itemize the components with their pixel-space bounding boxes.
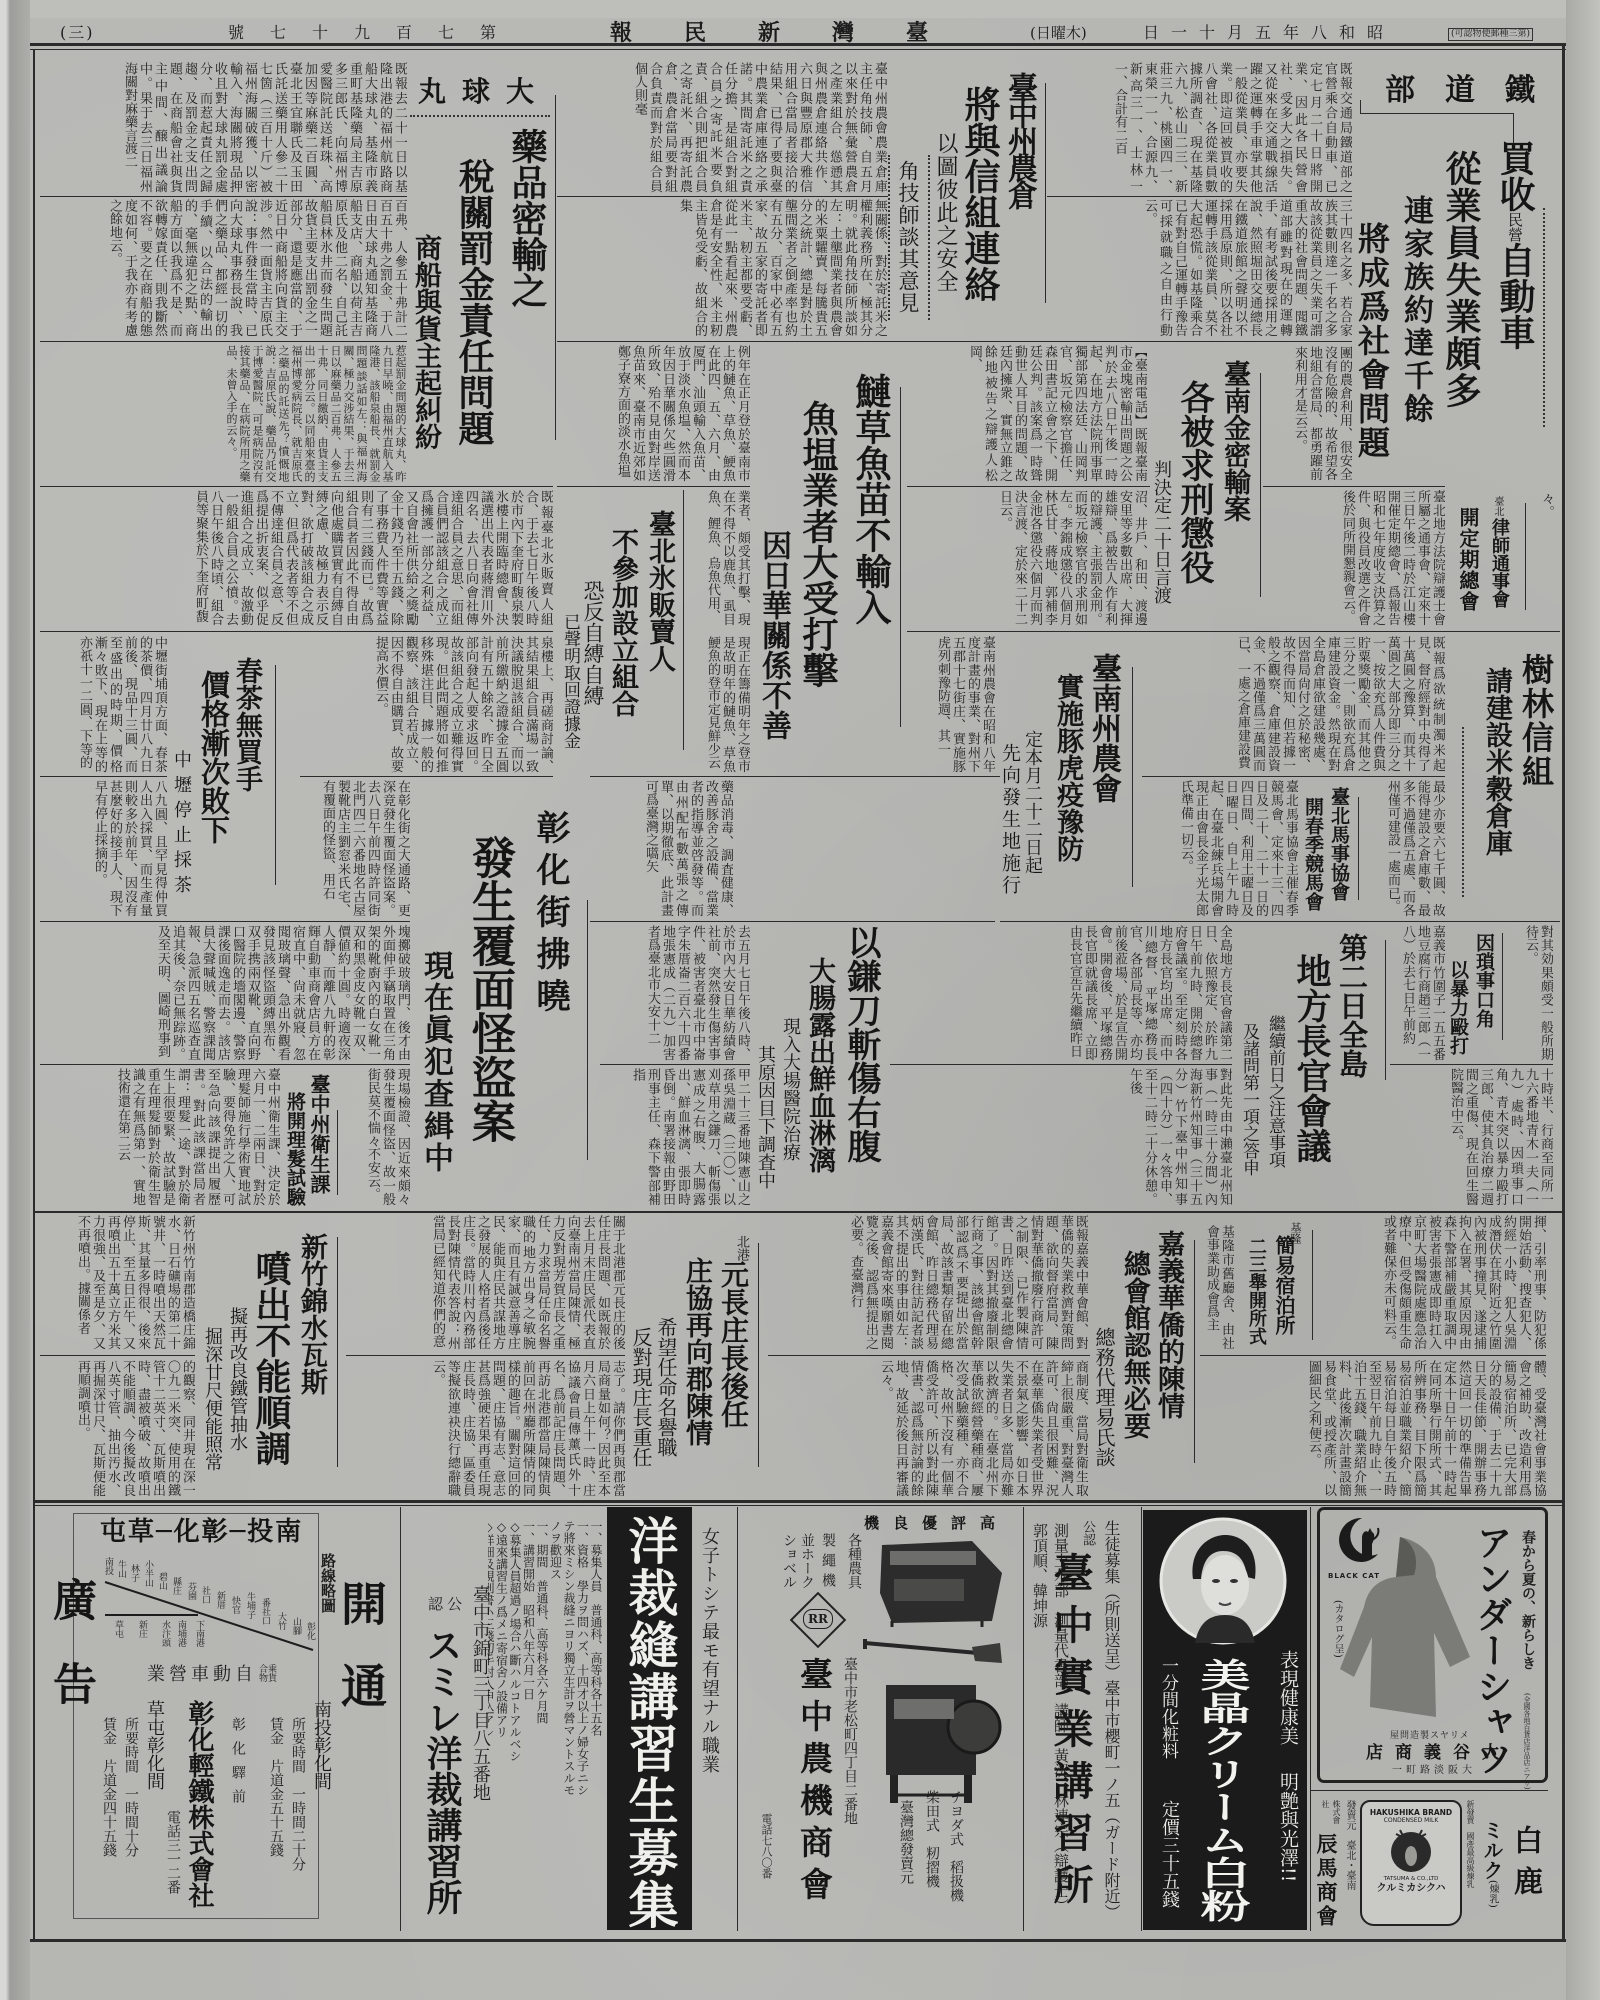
can-label: HAKUSHIKA BRAND — [1362, 1808, 1460, 1817]
station-label: 水汴頭 — [160, 1620, 169, 1647]
article-body: 志了。請你們再與郡當局商量如何？因此至本月六日上午十一時、庄協議會員傳薰氏外十名… — [346, 1360, 625, 1497]
subheadline: 定本月二十二日起 — [1023, 730, 1041, 874]
portrait-image — [1159, 1517, 1287, 1645]
headline: 地方長官會議 — [1294, 953, 1329, 1163]
article-body: 關于北港郡元長庄的後任庄長問題、如既報於去上月末庄民派代表直向臺南州當局陳情、極… — [346, 1215, 625, 1350]
station-label: 牛埔子 — [245, 1592, 254, 1619]
company-phone: 電話三一二番 — [163, 1810, 183, 1894]
company-type: 株式會社 — [1320, 1800, 1342, 1830]
subheadline: 以圖彼此之安全 — [934, 132, 956, 293]
headline: 臺中州衛生課 — [309, 1074, 329, 1194]
school-details: 測量土木部 測量代書部 講師 黃況、林連宗（辯護士）郭頂順、韓坤源 — [1030, 1523, 1072, 1913]
subheadline: 判決定二十日言渡 — [1152, 460, 1170, 604]
machine-brand: 柴田式 — [924, 1790, 940, 1832]
weekday: (木曜日) — [1030, 26, 1087, 41]
company-location: 彰化驛前 — [228, 1717, 248, 1813]
column-rule — [557, 196, 888, 197]
company-name: 大谷義商店 — [1366, 1745, 1511, 1762]
headline: 臺北馬事協會 — [1329, 787, 1348, 901]
route-fare: 賃金 片道金五十五錢 — [266, 1717, 286, 1857]
subheadline: 總務代理易氏談 — [1094, 1327, 1114, 1467]
article-divider — [1132, 667, 1133, 887]
article-divider — [758, 1243, 759, 1467]
article-body: 團的農倉利用、很安全沒有危險的、故希望各地組合當局、都勇躍前來利用才是云云。 — [1263, 346, 1352, 481]
article-divider — [275, 665, 276, 885]
service-note-line: 貨物 — [259, 1675, 277, 1684]
article-divider — [587, 900, 588, 1160]
headline: 各被求刑懲役 — [1177, 380, 1211, 584]
masthead-rule-thin — [30, 49, 1566, 50]
wavy-rule — [928, 155, 930, 320]
headline: 庄協再向郡陳情 — [683, 1257, 710, 1446]
news-ads-divider-thin — [33, 1505, 1563, 1506]
trade-label: メリヤス製造問屋 — [1390, 1732, 1470, 1741]
page-number: (三) — [60, 25, 95, 41]
product-name: ミルク(煉乳) — [1482, 1820, 1502, 1908]
headline: 律師通事會 — [1490, 518, 1508, 608]
subheadline: 擬再改良鐵管抽水 — [228, 1307, 246, 1451]
subheadline: 希望任命名譽職 — [656, 1317, 676, 1457]
column-rule — [346, 1355, 625, 1356]
route-name: 草屯彰化間 — [145, 1700, 163, 1790]
wavy-rule — [888, 155, 890, 320]
headline: 嘉義華僑的陳情 — [1155, 1230, 1182, 1419]
headline: 不參加設立組合 — [609, 528, 636, 717]
article-body: 嘉義市竹圍子一五五番地豆腐行商趙三郎（一八）於去七日午前約 — [1390, 925, 1445, 1061]
subheadline: 商船與貨主起糾紛 — [412, 234, 439, 450]
detail-item: 一、講習開始 昭和八年六月一日 — [521, 1520, 535, 1805]
certified-mark: 公認 — [428, 1597, 466, 1612]
article-body: 臺中州衛生課、決定於六月一、二兩日、對於理髮師施行學術實地試驗、要得免許之人、可… — [40, 1068, 280, 1206]
column-rule — [1200, 1355, 1546, 1356]
article-body: 泉樓上、再磋商討論、其結果組合員滿場一致決議脫退該組合、而以前所繳納之證據金五圓… — [280, 636, 553, 773]
station-label: 山腳 — [291, 1617, 300, 1635]
subheadline: 現入大場醫院治療 — [781, 1017, 799, 1161]
machine-type: 籾摺機 — [924, 1846, 940, 1888]
banner-box: 洋裁縫講習生募集 — [607, 1507, 692, 1930]
article-body: 在彰化街之大通路、更深竟發生覆面怪盜案。去八日午前四時許同街北門四二六番地名古屋… — [280, 780, 410, 917]
article-body: 八九圓、且罕見得仲買人出入採買、而生產量則較多於前年、因沒有甚麼好的接手人、現下… — [40, 780, 167, 917]
column-rule — [40, 921, 410, 922]
headline-part: 買收 — [1494, 140, 1536, 212]
machine-name: 柴田式 籾摺機 — [922, 1790, 942, 1888]
headline: 臺南金密輸案 — [1221, 360, 1248, 522]
article-body: 的觀察、同井現在深一〇九二米突、使用的鐵管十二英寸、瓦斯噴出時、盡被噴破、故噴出… — [40, 1360, 195, 1497]
station-label: 彰化 — [305, 1622, 314, 1640]
availability-note: (全國各地百貨店洋品店ニアリ) — [1522, 1693, 1532, 1789]
column-rule — [768, 1355, 1090, 1356]
product-line: 各種農具 — [844, 1533, 864, 1589]
article-body: 惹起罰金問題的大球丸、昨九日早曉、由福州直航入基隆港、該船泉船長、就罰金問題談話… — [40, 345, 407, 482]
route-time: 所要時間 一時間十分 — [121, 1717, 141, 1857]
station-label: 新庄 — [137, 1620, 146, 1638]
subheadline: 因日華關係不善 — [758, 530, 788, 740]
right-margin — [1566, 0, 1600, 2000]
machine-name: チヨダ式 稻扱機 — [946, 1790, 966, 1902]
page-border-left — [33, 49, 35, 1941]
decorative-rule — [1462, 727, 1464, 897]
headline: 臺南州農會 — [1088, 653, 1118, 803]
article-body: 既報臺北氷販賣人組合、于去七日午後八時於市內下奎府町馥泉製氷樓上開臨時總會、決議… — [40, 490, 553, 626]
article-body: 商制度、當局對衛生取締上很嚴重、對臺灣人許可、尙且很困難、況在臺華僑失業者受世界… — [768, 1360, 1088, 1497]
headline: 實施豚虎疫豫防 — [1054, 673, 1081, 862]
route-name: 南投彰化間 — [312, 1700, 330, 1790]
machine-brand: チヨダ式 — [948, 1790, 964, 1846]
ad-divider — [1310, 1790, 1548, 1791]
left-margin — [0, 0, 30, 2000]
headline: 大腸露出鮮血淋漓 — [806, 957, 833, 1173]
article-divider — [1045, 83, 1046, 303]
issue-number: 第七百九十七號 — [228, 25, 522, 41]
article-body: 藥品消毒、調査健康、改善豚舍之設備、當業者的指導並啓發等。而由州配布數萬張之傳單… — [590, 780, 733, 917]
headline: 以鎌刀斬傷右腹 — [844, 925, 878, 1163]
headline: 總會館認無必要 — [1121, 1250, 1148, 1439]
headline: 春茶無買手 — [233, 657, 260, 792]
certified-mark: 公認 — [1078, 1520, 1097, 1546]
column-rule — [300, 776, 553, 777]
slogan: 表現健康美 — [1275, 1650, 1302, 1745]
column-rule — [590, 921, 995, 922]
masthead-rule — [30, 43, 1566, 46]
newspaper-page: (三) 第七百九十七號 臺灣新民報 (木曜日) 昭和八年五月十一日 (第三種郵便… — [0, 0, 1600, 2000]
headline: 簡易宿泊所 — [1274, 1235, 1294, 1335]
article-divider — [1194, 1240, 1195, 1463]
company-phone: 電話七八〇番 — [758, 1813, 774, 1879]
product-price: 定價三十五錢 — [1156, 1800, 1182, 1908]
headline-prefix: 臺北 — [1492, 496, 1502, 516]
article-body: 現場檢證、因近來頗々發生覆面怪盜、故一般街民莫不惴々不安云。 — [345, 1068, 410, 1206]
station-label: 芬園 — [186, 1582, 195, 1600]
article-body: 沼、井戶、和田、渡邊安里等多數出席、大揮雄辯、爲被告人作有利的辯護、主張罰金刑。… — [907, 490, 1147, 626]
can-label: CONDENSED MILK — [1362, 1817, 1460, 1824]
station-label: 林子 — [129, 1564, 138, 1582]
top-margin — [0, 0, 1600, 18]
headline-annotation: 民營 — [1506, 212, 1524, 242]
headline: 請建設米穀倉庫 — [1483, 667, 1510, 856]
detail-item: 一、募集人員 普通科、高等科各十五名 — [589, 1520, 603, 1805]
column-rule — [1390, 1064, 1553, 1065]
article-divider — [337, 1110, 338, 1195]
headline: 鰱草魚苗不輸入 — [853, 373, 889, 625]
recruitment-line: 生徒募集（所則送呈）臺中市櫻町一ノ五（ガード附近） — [1100, 1520, 1123, 1920]
milk-can-illustration: HAKUSHIKA BRAND CONDENSED MILK TATSUMA &… — [1360, 1800, 1462, 1926]
section-kicker: 大球丸 — [418, 78, 550, 106]
article-body: 既報爲欲統制濁米起見、督府經對中央得了十萬圓之豫算、而其十萬圓之大部分即三分之一… — [1142, 636, 1445, 772]
article-divider — [900, 387, 901, 727]
column-rule — [590, 776, 1000, 777]
subheadline: 其原因目下調査中 — [756, 1045, 774, 1189]
column-rule — [1142, 776, 1445, 777]
detail-item: 一、資格 學力ヲ問ハズ、十四才以上ノ婦女子ニシテ將來ミシン裁縫ニヨリ獨立生計ヲ營… — [548, 1520, 589, 1805]
detail-item: ◇募集人員超過ノ場合ハ斷ハルコトアルベシ — [508, 1520, 522, 1805]
station-label: 番社口 — [260, 1598, 269, 1625]
brand-name: 白鹿 — [1512, 1825, 1541, 1907]
subheadline: 從業員失業頗多 — [1443, 150, 1479, 409]
company-address: 大阪淡路町一 — [1392, 1766, 1476, 1776]
detail-item: ◇詳細及規則書ハ三錢切手封入申込アレ — [488, 1520, 494, 1805]
article-body: 中壢街埔頂方面、春茶的茶價、四月廿八九日前後、現品十三圓、而至盛出的時期、價格漸… — [40, 636, 167, 773]
article-body: 臺南州農會在昭和八年度計畫的事業、對州下五郡十七街庄、實施豚虎列刺豫防週、其一 — [907, 636, 995, 773]
article-body: 甲二十三番地陳憲山之孫吳淵蔵（三〇）、以刈草用之鎌刀、斬傷張憲成之右腹、大腸露出… — [600, 1068, 750, 1206]
subheadline: 先向發生地施行 — [1000, 743, 1019, 897]
station-label: 大竹 — [276, 1612, 285, 1630]
ad-corner-label: 廣告 — [48, 1577, 92, 1745]
subheadline: 繼續前日之注意事項 — [1266, 1015, 1283, 1168]
headline: 噴出不能順調 — [253, 1250, 289, 1466]
rr-logo-text: RR — [803, 1609, 833, 1629]
column-rule — [40, 1064, 410, 1065]
text-fragment: 對其効果頗受一般所期待云。 — [1510, 925, 1553, 1061]
can-label: TATSUMA & CO.,LTD — [1362, 1876, 1460, 1882]
product-name: 美晶クリーム白粉 — [1198, 1658, 1248, 1922]
company-address: 臺中市老松町四丁目二番地 — [840, 1657, 860, 1825]
article-body: 既報交通局鐵道部之官營乘合自動車、已定七月二十日將開業、因此各民營會社、受多大之… — [1047, 62, 1352, 193]
section-kicker: 鐵道部 — [1385, 76, 1565, 106]
article-divider — [1385, 940, 1386, 1080]
newspaper-title: 臺灣新民報 — [610, 22, 980, 44]
article-divider — [1358, 797, 1359, 900]
column-rule — [1000, 921, 1560, 922]
station-label: 草屯 — [113, 1620, 122, 1638]
article-body: 體、受臺灣社會事業協會之補助、改造利用爲簡易宿泊所、已完大部分的設備、于去二十九… — [1200, 1360, 1546, 1497]
headline: 第二日全島 — [1337, 933, 1366, 1078]
subheadline: 連家族約達千餘 — [1400, 195, 1430, 426]
column-rule — [557, 486, 750, 487]
page-bottom-rule — [30, 1939, 1566, 1942]
column-rule — [907, 631, 1560, 632]
subheadline: 二三舉開所式 — [1247, 1237, 1265, 1345]
product-description: 一分間化粧料 — [1156, 1657, 1181, 1759]
ad-tagline: 女子トシテ最モ有望ナル職業 — [696, 1527, 722, 1774]
article-body: 最少亦要六七千圓、故能得建設之倉庫數、最多不過僅爲五處、而各州僅可建設一處而已。 — [1383, 780, 1445, 917]
station-label: 南投 — [103, 1557, 112, 1575]
article-body: 新竹州竹南郡造橋庄錦水、日石礦場的第二十號井、一時噴出天然瓦斯、其量多得很、後來… — [40, 1215, 195, 1350]
subheadline: 將成爲社會問題 — [1356, 222, 1388, 460]
company-name: 辰馬商會 — [1316, 1833, 1337, 1929]
seller-label: 發賣元 臺北・臺南 — [1342, 1800, 1357, 1890]
issue-date: 昭和八年五月十一日 — [1143, 25, 1395, 41]
headline: 元長庄長後任 — [719, 1260, 747, 1428]
subheadline: 開春季競馬會 — [1303, 797, 1322, 911]
undershirt-illustration — [1340, 1537, 1475, 1719]
headline: 臺北氷販賣人 — [646, 510, 673, 672]
detail-item: ◇遠來講習生ノ爲メニ寄宿舍ノ設備アリ — [494, 1520, 508, 1805]
article-body: 塊擲破玻璃門、後才由外面伸手竊取置在三角架的靴廚內的白女靴一双和黑金皮女靴一双、… — [40, 925, 410, 1061]
article-body: 例年在正月登於臺南市上的鰱魚、草魚、鯁魚在此四、五、六月、由厦門、汕頭輸入魚苗、… — [557, 345, 750, 482]
station-label: 下南港 — [194, 1620, 203, 1647]
article-body: 既報去二十一日以基隆出港的福州航路商船大球丸、基隆市義重町基隆藥局主吉原多三郎氏… — [40, 62, 407, 193]
company-name: 彰化輕鐵株式會社 — [186, 1700, 212, 1908]
article-divider — [683, 490, 684, 750]
article-body: 現正在籌備明年之登市是故明年的鰱魚、草魚鯁魚的登市定見鮮少云 — [686, 636, 750, 773]
headline: 新竹錦水瓦斯 — [298, 1233, 325, 1395]
column-rule — [1047, 196, 1352, 197]
column-rule — [40, 341, 407, 342]
article-divider — [1260, 373, 1261, 597]
headline: 稅關罰金責任問題 — [456, 158, 492, 446]
route-title: 南投─彰化─草屯 — [100, 1519, 303, 1545]
wavy-rule — [1543, 208, 1545, 427]
column-rule — [890, 1064, 1232, 1065]
station-label: 小半山 — [143, 1560, 152, 1587]
column-rule — [907, 486, 1150, 487]
column-rule — [40, 486, 553, 487]
subheadline: 已聲明取回證據金 — [561, 613, 578, 749]
subheadline: 將開理髮試驗 — [285, 1092, 304, 1206]
headline: 因瑣事口角 — [1474, 933, 1493, 1028]
article-body: 去五月七日午後八時、於市內大安日華紡績會社前、突然發生傷害事件、被害者臺北市中崙… — [600, 925, 750, 1061]
station-label: 南埔港 — [176, 1620, 185, 1647]
detail-item: 一、期間 普通科、高等科各六ケ月間 — [535, 1520, 549, 1805]
article-body: 揮、引率刑事、防犯係開始活動、搜查犯人、約經一小時、犯人吳淵成潛伏在其附近之竹圍… — [1318, 1215, 1546, 1350]
distributor-label: 臺灣總發賣元 — [896, 1800, 916, 1884]
ad-divider — [400, 1507, 401, 1931]
route-time: 所要時間 一時間二十分 — [288, 1717, 308, 1871]
headline: 臺中州農倉 — [1004, 72, 1034, 207]
fork-shovel-illustration — [860, 1633, 1003, 1667]
subheadline: 掘深廿尺便能照常 — [203, 1327, 221, 1471]
article-body: 基隆市舊廳舍、由社會事業助成會爲主 — [1200, 1225, 1234, 1350]
product-tagline: 新發賣 國產最高級煉乳 — [1465, 1800, 1476, 1888]
postal-permit: (第三種郵便物認可) — [1448, 28, 1533, 41]
headline: 以暴力毆打 — [1448, 960, 1467, 1055]
article-body: 臺北馬事協會主催春季競馬會、定來十三、四日及二十、二十一日的四日間、利用土曜日及… — [1142, 780, 1298, 917]
recruitment-details: 一、募集人員 普通科、高等科各十五名 一、資格 學力ヲ問ハズ、十四才以上ノ婦女子… — [488, 1520, 602, 1805]
column-rule — [600, 1064, 750, 1065]
article-divider — [1525, 503, 1526, 610]
article-body: 臺中州農會農業倉庫主任角技師、自五月以來對於無彙營農倉之產業組合、慫慂其與州農倉… — [557, 62, 887, 193]
banner-text: 洋裁縫講習生募集 — [625, 1515, 675, 1931]
page-border-right — [1562, 44, 1565, 1942]
wavy-rule — [410, 115, 550, 117]
headline: 價格漸次敗下 — [199, 670, 228, 844]
service-text: 自動車營業 — [147, 1666, 257, 1684]
column-rule — [40, 196, 407, 197]
article-divider — [1502, 933, 1503, 1040]
article-body: 對此先由中瀨臺北州知事（一時三十分間）內海新竹州知事（三十五分）竹下臺中州知事（… — [890, 1068, 1232, 1206]
subheadline: 現在眞犯查緝中 — [420, 950, 450, 1174]
article-body: 臺北地方法院辯護士會所屬之通事會、定來十三日午後二時於江山樓開催定期總會、爲報告… — [1263, 490, 1445, 626]
deer-emblem-icon — [1386, 1828, 1436, 1874]
station-label: 牛山 — [116, 1560, 125, 1578]
product-label: ミルク — [1480, 1820, 1504, 1880]
rice-huller-illustration — [876, 1677, 1006, 1807]
news-ads-divider — [33, 1500, 1563, 1503]
product-note: (煉乳) — [1487, 1880, 1498, 1908]
subheadline: 反對現庄長重任 — [631, 1327, 651, 1467]
station-label: 碧山 — [157, 1572, 166, 1590]
text-fragment: 々。 — [1538, 492, 1554, 532]
headline: 魚塭業者大受打擊 — [800, 400, 836, 688]
station-label: 社口 — [200, 1586, 209, 1604]
thresher-illustration — [872, 1533, 1006, 1627]
article-body: 無關係、對於寄託米之權利義務所在、極其分明。就此角技師所談如左：土壟間業者與農會… — [557, 199, 887, 337]
headline: 藥品密輸之 — [509, 128, 545, 308]
article-divider — [1312, 1230, 1313, 1340]
service-note: 乘合 貨物 — [259, 1666, 277, 1684]
ad-divider — [1023, 1507, 1024, 1931]
column-rule — [40, 776, 167, 777]
ad-tagline: 春から夏の、新らしき — [1518, 1530, 1538, 1670]
column-rule — [557, 341, 1352, 342]
bracket-rule — [1360, 100, 1361, 113]
station-label: 快官 — [230, 1596, 239, 1614]
ad-opening-label: 開通 — [338, 1580, 384, 1744]
column-rule — [1263, 486, 1445, 487]
section-rule — [33, 1211, 1562, 1213]
product-line: ショベル — [779, 1533, 799, 1589]
service-label: 乘合 貨物 自動車營業 — [147, 1666, 277, 1684]
ad-divider — [737, 1507, 738, 1931]
product-line: 並ホーク — [797, 1533, 817, 1589]
article-divider — [555, 95, 556, 440]
column-rule — [40, 631, 553, 632]
school-name: スミレ洋裁講習所 — [424, 1627, 460, 1915]
article-body: 百弗、人參五十弗計二百五十弗之罰金、于八日由大球丸通知基隆商船支店、商船以荷主吉… — [40, 199, 407, 337]
subheadline: 中壢停止採茶 — [172, 750, 190, 900]
headline-main: 買收民營自動車 — [1497, 140, 1533, 350]
company-name: 臺中農機商會 — [798, 1657, 831, 1909]
article-body: 十時半、行商至同所一九六番地青木一夫（一九）處時、因瑣事口角、青木突以暴力毆打三… — [1390, 1068, 1553, 1206]
column-rule — [40, 1355, 195, 1356]
article-body: 業者、頗受其打擊、現在不得不以鹿魚、虱目魚、鯉魚、烏魚代用、 — [686, 490, 750, 626]
bracket-rule — [1360, 113, 1513, 114]
ad-tagline: 高評優良機 — [864, 1516, 1009, 1531]
article-body: 三十四名之多、若合家族其數則達一千名之多故該從業員之失業可謂重大的社會問題、聞鐵… — [1047, 199, 1352, 337]
article-body: 全島地方長官會議第二日、依照豫定、於昨九日午前九時、開於總督府會議室。至定刻時各… — [890, 925, 1232, 1061]
slogan: 明艶與光澤!! — [1275, 1772, 1302, 1882]
subheadline: 及諸問第一項之答申 — [1240, 1023, 1257, 1176]
ad-divider — [1141, 1507, 1142, 1931]
route-fare: 賃金 片道金四十五錢 — [99, 1717, 119, 1857]
headline: 樹林信組 — [1520, 653, 1552, 789]
headline-prefix: 北港 — [735, 1235, 748, 1261]
subheadline: 開定期總會 — [1458, 507, 1478, 612]
headline: 彰化街拂曉 — [533, 810, 567, 1020]
headline: 發生覆面怪盜案 — [467, 835, 511, 1143]
product-name: アンダーシャツ — [1474, 1524, 1510, 1776]
station-label: 縣庄 — [171, 1577, 180, 1595]
headline-part: 自動車 — [1494, 242, 1536, 350]
station-label: 新厝 — [215, 1591, 224, 1609]
product-line: 製繩機 — [818, 1533, 838, 1593]
article-body: 【臺南電話】既報臺南市金塊密輸出問題之公判於去八日午後一時起、在地方法院刑事單獨… — [907, 345, 1147, 482]
ad-divider — [1310, 1507, 1311, 1931]
article-divider — [337, 1237, 338, 1467]
machine-type: 稻扱機 — [948, 1860, 964, 1902]
subheadline: 恐反自縛自縛 — [582, 580, 603, 706]
subheadline: 角技師談其意見 — [897, 160, 918, 314]
article-body: 既報嘉義中華會館、對華僑的失業救濟對策問題、欲向督府當局、陳情對華僑撤廢行商許可… — [768, 1215, 1088, 1350]
can-label: ハクシカミルク — [1362, 1884, 1460, 1894]
headline: 將與信組連絡 — [962, 86, 998, 302]
